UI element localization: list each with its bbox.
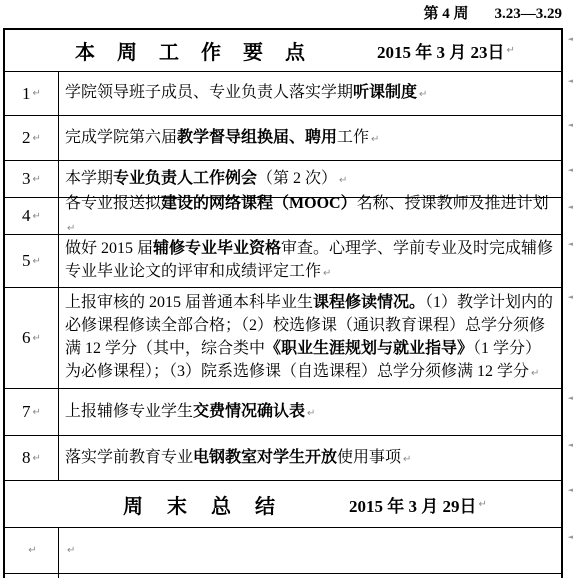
weekend-summary-empty-row: ↵ ↵ ◄ xyxy=(5,528,561,574)
paragraph-mark-icon: ↵ xyxy=(33,88,41,99)
row-text: 本学期专业负责人工作例会（第 2 次） xyxy=(65,170,337,187)
paragraph-mark-icon: ↵ xyxy=(479,499,487,510)
week-date-range: 3.23—3.29 xyxy=(495,6,563,22)
paragraph-mark-icon: ↵ xyxy=(33,211,41,222)
week-points-title: 本周工作要点 xyxy=(5,36,327,65)
row-number-cell: 3↵ xyxy=(5,161,59,197)
row-number-cell xyxy=(5,574,59,578)
row-content-cell: 完成学院第六届教学督导组换届、聘用工作↵ xyxy=(59,116,561,160)
paragraph-mark-icon: ↵ xyxy=(403,454,411,465)
row-number-cell: 8↵ xyxy=(5,436,59,480)
row-content-cell: 上报审核的 2015 届普通本科毕业生课程修读情况。（1）教学计划内的必修课程修… xyxy=(59,288,561,388)
row-number-cell: 2↵ xyxy=(5,116,59,160)
row-number: 2 xyxy=(22,128,31,148)
table-row-4: 4↵ 各专业报送拟建设的网络课程（MOOC）名称、授课教师及推进计划↵ ◄ xyxy=(5,198,561,235)
table-row-5: 5↵ 做好 2015 届辅修专业毕业资格审查。心理学、学前专业及时完成辅修专业毕… xyxy=(5,235,561,288)
table-row-7: 7↵ 上报辅修专业学生交费情况确认表↵ ◄ xyxy=(5,389,561,436)
weekly-work-plan-document: 第 4 周3.23—3.29 本周工作要点 2015 年 3 月 23日 ↵ ◄… xyxy=(0,0,576,578)
paragraph-mark-icon: ↵ xyxy=(33,453,41,464)
row-text: 各专业报送拟建设的网络课程（MOOC）名称、授课教师及推进计划 xyxy=(65,195,549,212)
row-number: 8 xyxy=(22,448,31,468)
row-end-mark-icon: ◄ xyxy=(568,121,573,129)
row-number: 6 xyxy=(22,328,31,348)
row-number-cell: 4↵ xyxy=(5,198,59,234)
weekend-summary-title: 周末总结 xyxy=(5,490,299,519)
row-number: 5 xyxy=(22,251,31,271)
row-end-mark-icon: ◄ xyxy=(568,77,573,85)
row-content-cell: ↵ xyxy=(59,528,561,573)
paragraph-mark-icon: ↵ xyxy=(531,368,539,379)
row-number-cell: 1↵ xyxy=(5,72,59,115)
paragraph-mark-icon: ↵ xyxy=(33,333,41,344)
row-text: 学院领导班子成员、专业负责人落实学期听课制度 xyxy=(65,84,417,101)
week-points-header-row: 本周工作要点 2015 年 3 月 23日 ↵ ◄ xyxy=(5,30,561,72)
row-end-mark-icon: ◄ xyxy=(568,35,573,43)
row-end-mark-icon: ◄ xyxy=(568,293,573,301)
paragraph-mark-icon: ↵ xyxy=(28,545,36,556)
paragraph-mark-icon: ↵ xyxy=(67,223,75,234)
week-number-label: 第 4 周3.23—3.29 xyxy=(423,2,562,23)
row-end-mark-icon: ◄ xyxy=(568,203,573,211)
row-end-mark-icon: ◄ xyxy=(568,394,573,402)
row-number-cell: 5↵ xyxy=(5,235,59,287)
weekly-plan-table: 本周工作要点 2015 年 3 月 23日 ↵ ◄ 1↵ 学院领导班子成员、专业… xyxy=(3,28,563,578)
row-content-cell: 做好 2015 届辅修专业毕业资格审查。心理学、学前专业及时完成辅修专业毕业论文… xyxy=(59,235,561,287)
paragraph-mark-icon: ↵ xyxy=(323,268,331,279)
table-row-6: 6↵ 上报审核的 2015 届普通本科毕业生课程修读情况。（1）教学计划内的必修… xyxy=(5,288,561,389)
paragraph-mark-icon: ↵ xyxy=(33,407,41,418)
row-text: 落实学前教育专业电钢教室对学生开放使用事项 xyxy=(65,449,401,466)
paragraph-mark-icon: ↵ xyxy=(419,89,427,100)
row-content-cell: 落实学前教育专业电钢教室对学生开放使用事项↵ xyxy=(59,436,561,480)
row-end-mark-icon: ◄ xyxy=(568,240,573,248)
paragraph-mark-icon: ↵ xyxy=(33,256,41,267)
row-number: 4 xyxy=(22,206,31,226)
row-text: 做好 2015 届辅修专业毕业资格审查。心理学、学前专业及时完成辅修专业毕业论文… xyxy=(65,240,553,280)
row-end-mark-icon: ◄ xyxy=(568,441,573,449)
row-text: 完成学院第六届教学督导组换届、聘用工作 xyxy=(65,129,369,146)
row-number-cell: 7↵ xyxy=(5,389,59,435)
row-end-mark-icon: ◄ xyxy=(568,533,573,541)
table-row-8: 8↵ 落实学前教育专业电钢教室对学生开放使用事项↵ ◄ xyxy=(5,436,561,481)
row-number-cell: 6↵ xyxy=(5,288,59,388)
paragraph-mark-icon: ↵ xyxy=(339,175,347,186)
clipped-bottom-row xyxy=(5,574,561,578)
paragraph-mark-icon: ↵ xyxy=(371,134,379,145)
row-text: 上报审核的 2015 届普通本科毕业生课程修读情况。（1）教学计划内的必修课程修… xyxy=(65,294,553,380)
row-number: 7 xyxy=(22,402,31,422)
row-text: 上报辅修专业学生交费情况确认表 xyxy=(65,403,305,420)
paragraph-mark-icon: ↵ xyxy=(67,539,75,562)
row-content-cell: 上报辅修专业学生交费情况确认表↵ xyxy=(59,389,561,435)
row-end-mark-icon: ◄ xyxy=(568,486,573,494)
weekend-summary-header-row: 周末总结 2015 年 3 月 29日 ↵ ◄ xyxy=(5,481,561,528)
row-number: 3 xyxy=(22,169,31,189)
row-number-cell: ↵ xyxy=(5,528,59,573)
row-content-cell xyxy=(59,574,561,578)
row-number: 1 xyxy=(22,84,31,104)
paragraph-mark-icon: ↵ xyxy=(33,174,41,185)
row-content-cell: 学院领导班子成员、专业负责人落实学期听课制度↵ xyxy=(59,72,561,115)
paragraph-mark-icon: ↵ xyxy=(33,133,41,144)
table-row-2: 2↵ 完成学院第六届教学督导组换届、聘用工作↵ ◄ xyxy=(5,116,561,161)
paragraph-mark-icon: ↵ xyxy=(307,408,315,419)
weekend-summary-date: 2015 年 3 月 29日 xyxy=(349,492,477,517)
paragraph-mark-icon: ↵ xyxy=(507,45,515,56)
table-row-1: 1↵ 学院领导班子成员、专业负责人落实学期听课制度↵ ◄ xyxy=(5,72,561,116)
row-content-cell: 各专业报送拟建设的网络课程（MOOC）名称、授课教师及推进计划↵ xyxy=(59,198,561,234)
week-number: 第 4 周 xyxy=(423,6,468,22)
row-end-mark-icon: ◄ xyxy=(568,166,573,174)
week-points-date: 2015 年 3 月 23日 xyxy=(377,38,505,63)
